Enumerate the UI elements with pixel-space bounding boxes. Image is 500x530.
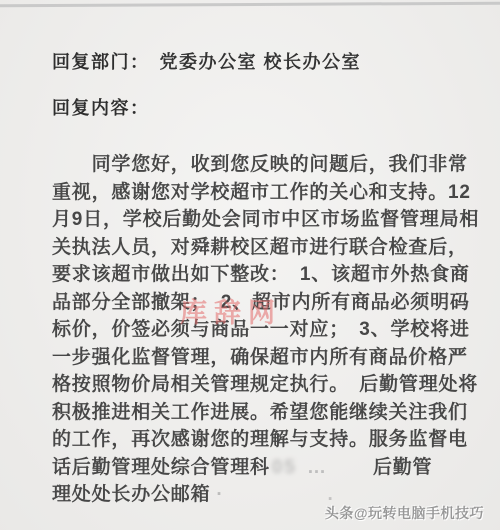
body-line: 品部分全部撤架； 2、超市内所有商品必须明码 bbox=[52, 289, 482, 317]
phone-line-suffix: 后勤管 bbox=[373, 457, 432, 478]
redacted-phone: 05 bbox=[272, 454, 297, 482]
reply-dept-value: 党委办公室 校长办公室 bbox=[160, 48, 362, 74]
body-line: 同学您好，收到您反映的问题后，我们非常 bbox=[52, 151, 482, 179]
body-line: 关执法人员，对舜耕校区超市进行联合检查后， bbox=[52, 234, 482, 262]
redaction-dots: … bbox=[307, 454, 329, 482]
phone-line: 话后勤管理处综合管理科05…后勤管 bbox=[52, 454, 482, 482]
reply-content-row: 回复内容： bbox=[52, 94, 482, 120]
ink-dot: · bbox=[216, 481, 223, 509]
body-line: 要求该超市做出如下整改： 1、该超市外热食商 bbox=[52, 261, 482, 289]
body-line: 标价，价签必须与商品一一对应； 3、学校将进 bbox=[52, 316, 482, 344]
body-line: 的工作，再次感谢您的理解与支持。服务监督电 bbox=[52, 426, 482, 454]
reply-dept-row: 回复部门： 党委办公室 校长办公室 bbox=[52, 48, 482, 74]
body-line: 一步强化监督管理，确保超市内所有商品价格严 bbox=[52, 344, 482, 372]
body-lines: 同学您好，收到您反映的问题后，我们非常重视，感谢您对学校超市工作的关心和支持。1… bbox=[52, 151, 482, 454]
reply-body: 同学您好，收到您反映的问题后，我们非常重视，感谢您对学校超市工作的关心和支持。1… bbox=[52, 151, 482, 509]
reply-content-label: 回复内容： bbox=[52, 94, 150, 120]
body-line: 格按照物价局相关管理规定执行。 后勤管理处将 bbox=[52, 371, 482, 399]
reply-dept-label: 回复部门： bbox=[52, 48, 150, 74]
phone-line-prefix: 话后勤管理处综合管理科 bbox=[52, 457, 270, 478]
reply-document: 回复部门： 党委办公室 校长办公室 回复内容： 同学您好，收到您反映的问题后，我… bbox=[52, 48, 482, 509]
watermark-bottom-right: 头条@玩转电脑手机技巧 bbox=[325, 503, 484, 523]
body-line: 积极推进相关工作进展。希望您能继续关注我们 bbox=[52, 399, 482, 427]
body-line: 重视，感谢您对学校超市工作的关心和支持。12 bbox=[52, 179, 482, 207]
email-line-prefix: 理处处长办公邮箱 bbox=[52, 484, 210, 505]
body-line: 月9日，学校后勤处会同市中区市场监督管理局相 bbox=[52, 206, 482, 234]
top-border-line bbox=[0, 2, 500, 8]
